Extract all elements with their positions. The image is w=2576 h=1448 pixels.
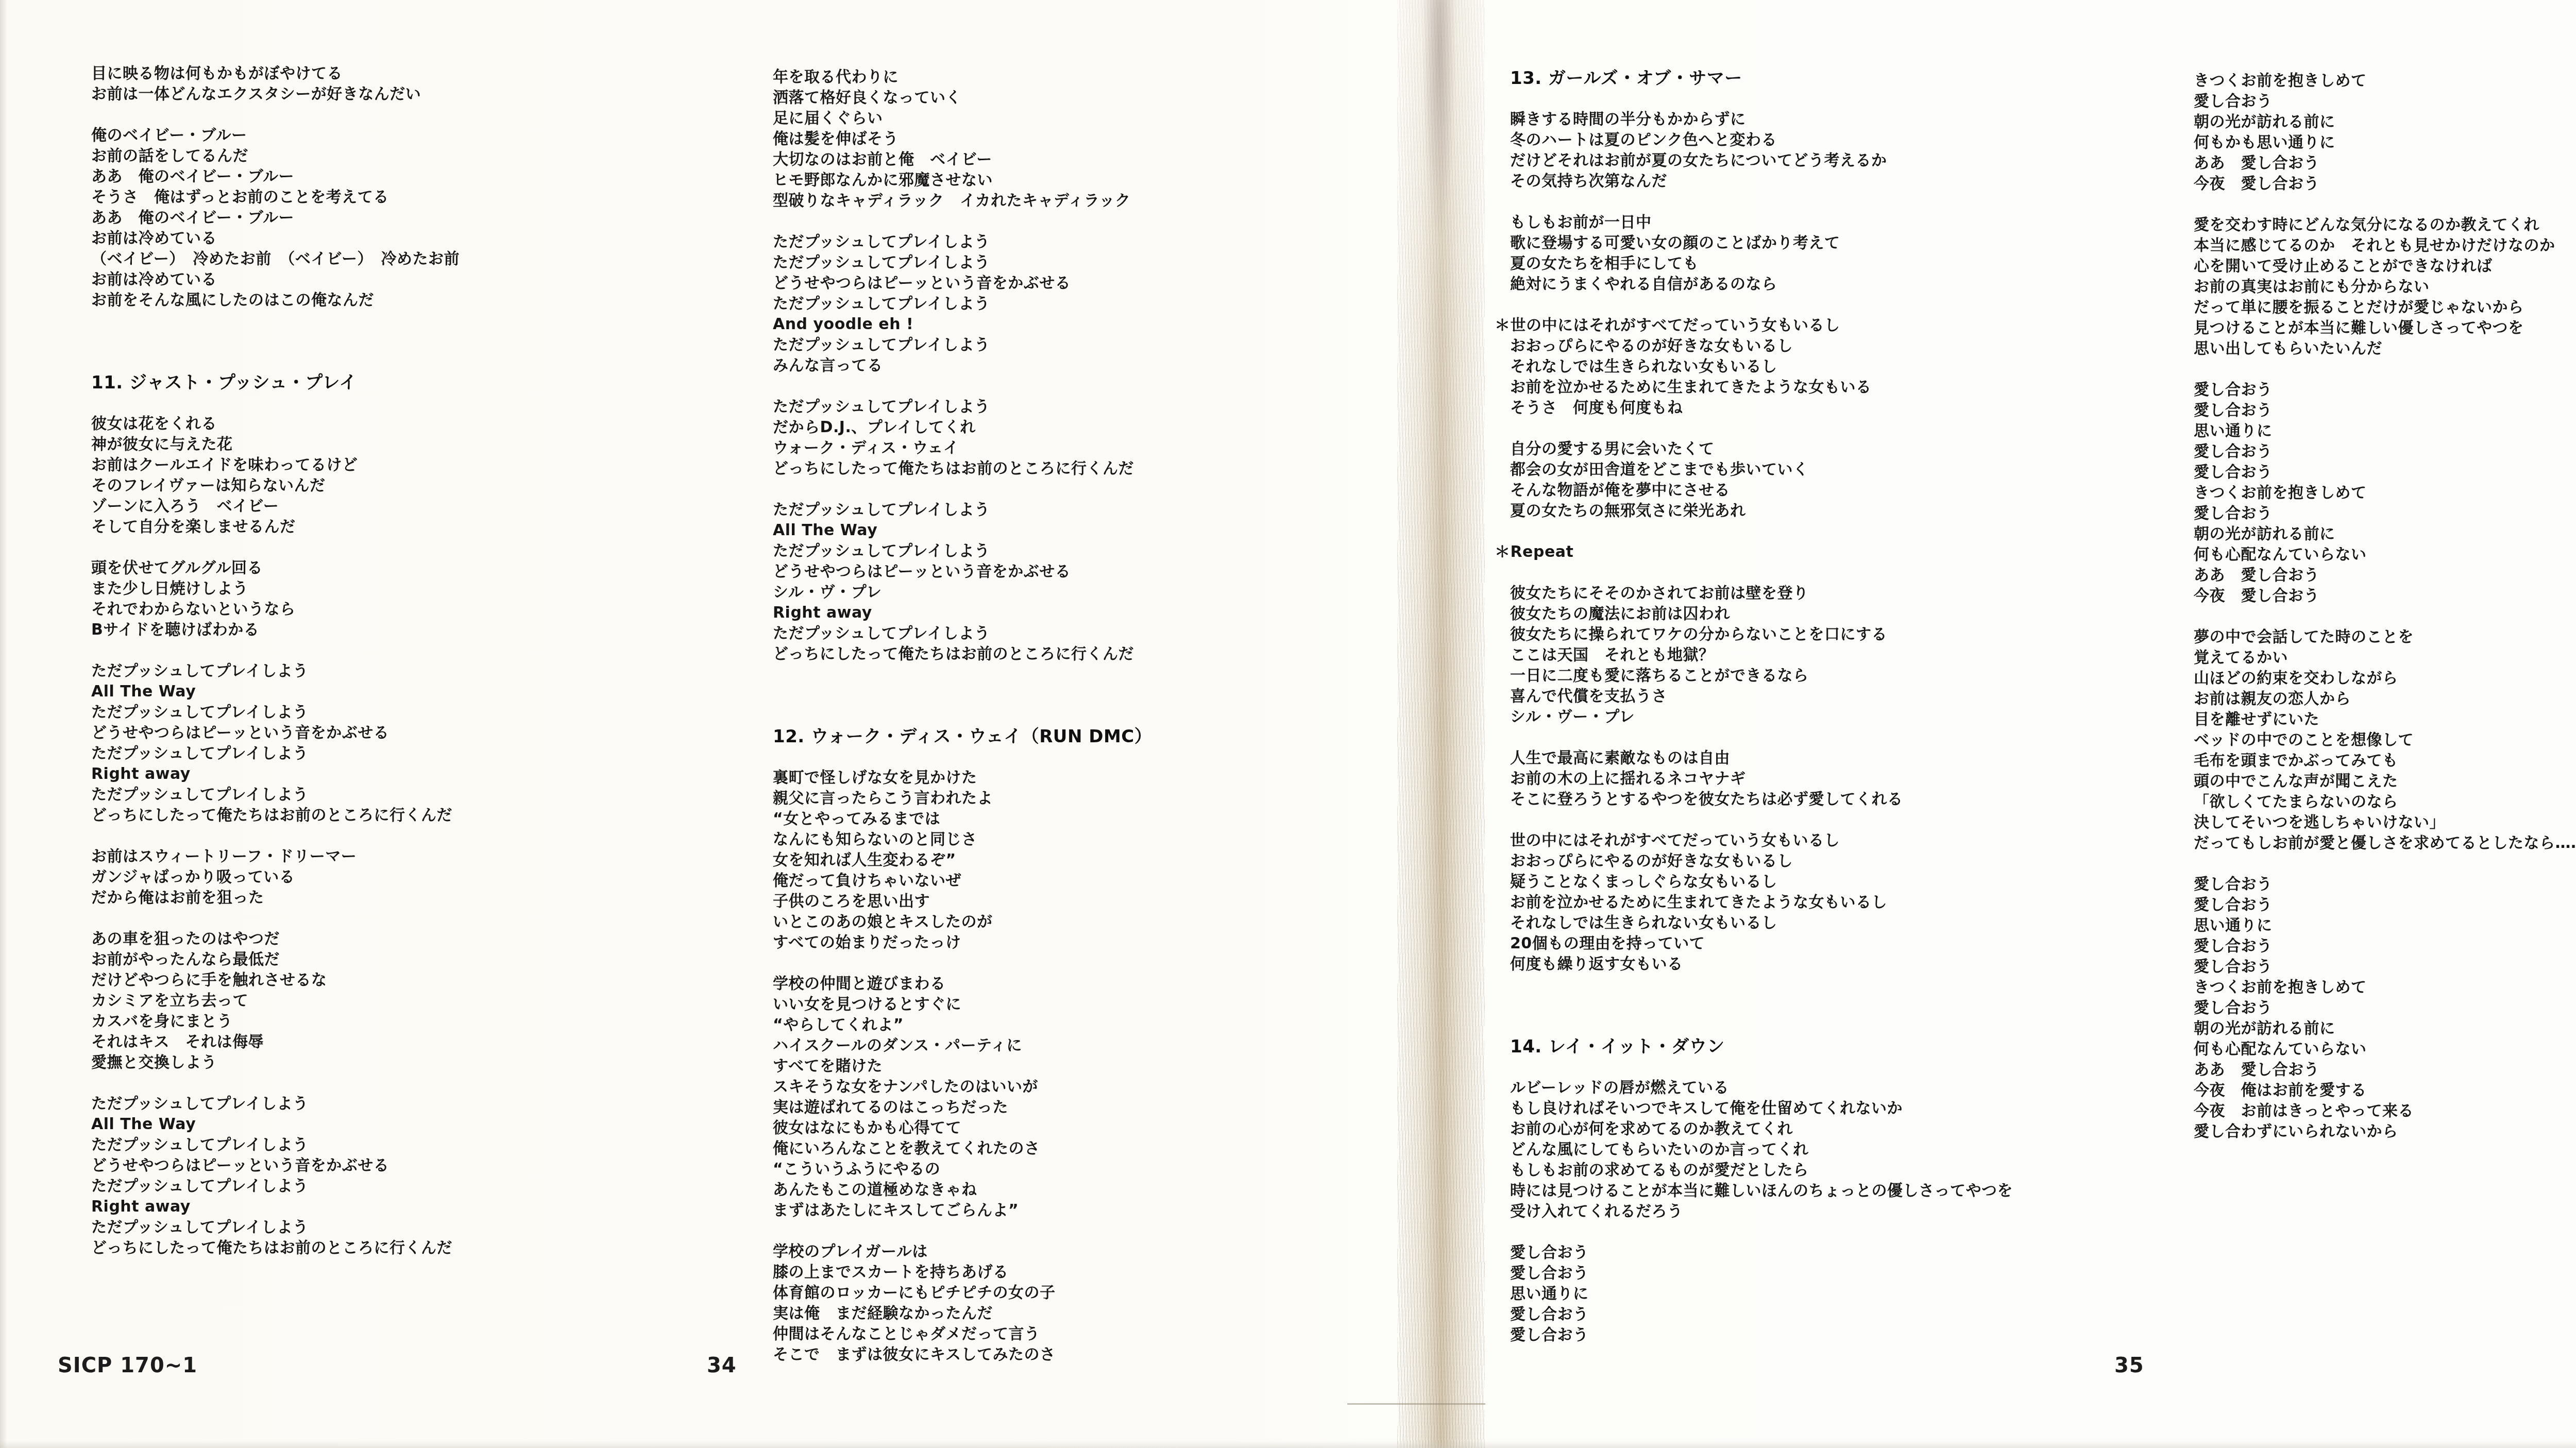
lyric-line: 朝の光が訪れる前に [2194, 112, 2576, 132]
lyric-line: どうせやつらはピーッという音をかぶせる [91, 723, 771, 743]
lyric-line: そして自分を楽しませるんだ [91, 517, 771, 537]
lyric-line: どうせやつらはピーッという音をかぶせる [773, 273, 1453, 294]
lyric-line: 思い通りに [2194, 915, 2576, 936]
lyric-line: ああ 愛し合おう [2194, 153, 2576, 174]
lyric-line: All The Way [773, 520, 1453, 541]
song-title-header: 12. ウォーク・ディス・ウェイ（RUN DMC） [773, 726, 1453, 747]
lyric-line: 20個もの理由を持っていて [1510, 933, 2190, 954]
lyric-line: シル・ヴ・プレ [773, 582, 1453, 603]
lyric-line: ただプッシュしてプレイしよう [773, 541, 1453, 561]
lyric-line: ただプッシュしてプレイしよう [773, 252, 1453, 273]
lyric-line: その気持ち次第なんだ [1510, 171, 2190, 192]
lyric-line: ただプッシュしてプレイしよう [773, 500, 1453, 520]
lyric-line: お前を泣かせるために生まれてきたような女もいる [1510, 377, 2190, 398]
lyric-line: 彼女は花をくれる [91, 414, 771, 434]
lyric-line: もしもお前の求めてるものが愛だとしたら [1510, 1160, 2190, 1181]
lyric-line: 彼女たちの魔法にお前は囚われ [1510, 604, 2190, 624]
lyric-line: ただプッシュしてプレイしよう [91, 785, 771, 805]
lyric-line: 何度も繰り返す女もいる [1510, 954, 2190, 975]
booklet-fold-gutter-shadow [1397, 0, 1485, 1448]
lyric-line: どっちにしたって俺たちはお前のところに行くんだ [773, 644, 1453, 665]
lyric-line: ルビーレッドの唇が燃えている [1510, 1078, 2190, 1098]
lyric-block: 愛し合おう愛し合おう思い通りに愛し合おう愛し合おうきつくお前を抱きしめて愛し合お… [2194, 380, 2576, 606]
lyric-line: 都会の女が田舎道をどこまでも歩いていく [1510, 459, 2190, 480]
lyric-line: どんな風にしてもらいたいのか言ってくれ [1510, 1139, 2190, 1160]
lyric-line: ハイスクールのダンス・パーティに [773, 1035, 1453, 1056]
lyric-line: ただプッシュしてプレイしよう [91, 1135, 771, 1155]
lyric-line: 彼女たちにそそのかされてお前は壁を登り [1510, 583, 2190, 604]
lyric-line: 疑うことなくまっしぐらな女もいるし [1510, 872, 2190, 892]
lyric-line: そこで まずは彼女にキスしてみたのさ [773, 1344, 1453, 1365]
lyric-line: また少し日焼けしよう [91, 578, 771, 599]
lyric-line: それなしでは生きられない女もいるし [1510, 913, 2190, 933]
lyrics-column-right-page-1: 13. ガールズ・オブ・サマー瞬きする時間の半分もかからずに冬のハートは夏のピン… [1510, 68, 2190, 1366]
lyric-line: みんな言ってる [773, 355, 1453, 376]
lyric-line: 夢の中で会話してた時のことを [2194, 627, 2576, 648]
lyric-line: ＊世の中にはそれがすべてだっていう女もいるし [1495, 315, 2190, 336]
lyric-line: ただプッシュしてプレイしよう [773, 232, 1453, 252]
song-title-header: 13. ガールズ・オブ・サマー [1510, 68, 2190, 89]
booklet-spread: 目に映る物は何もかもがぼやけてるお前は一体どんなエクスタシーが好きなんだい俺のベ… [0, 0, 2576, 1448]
lyric-line: だからD.J.、プレイしてくれ [773, 417, 1453, 438]
lyric-line: 愛し合おう [1510, 1304, 2190, 1325]
lyric-line: ただプッシュしてプレイしよう [91, 702, 771, 723]
lyric-line: だけどそれはお前が夏の女たちについてどう考えるか [1510, 150, 2190, 171]
lyric-line: どうせやつらはピーッという音をかぶせる [773, 561, 1453, 582]
lyric-line: 愛を交わす時にどんな気分になるのか教えてくれ [2194, 215, 2576, 235]
lyric-line: ウォーク・ディス・ウェイ [773, 438, 1453, 458]
lyric-block: お前はスウィートリーフ・ドリーマーガンジャばっかり吸っているだから俺はお前を狙っ… [91, 846, 771, 908]
lyric-block: ただプッシュしてプレイしようだからD.J.、プレイしてくれウォーク・ディス・ウェ… [773, 397, 1453, 479]
scan-bottom-shadow [0, 1441, 2576, 1448]
lyric-line: 自分の愛する男に会いたくて [1510, 439, 2190, 459]
lyric-line: そうさ 俺はずっとお前のことを考えてる [91, 187, 771, 208]
lyric-block: 瞬きする時間の半分もかからずに冬のハートは夏のピンク色へと変わるだけどそれはお前… [1510, 109, 2190, 192]
lyric-line: 俺にいろんなことを教えてくれたのさ [773, 1138, 1453, 1159]
lyric-line: 愛し合おう [2194, 380, 2576, 400]
lyric-line: 愛し合おう [1510, 1325, 2190, 1345]
lyric-block: ただプッシュしてプレイしようAll The Wayただプッシュしてプレイしようど… [91, 1094, 771, 1258]
lyric-line: “やらしてくれよ” [773, 1015, 1453, 1035]
lyric-line: 心を開いて受け止めることができなければ [2194, 256, 2576, 277]
lyric-line: 愛し合おう [2194, 874, 2576, 895]
lyric-line: お前を泣かせるために生まれてきたような女もいるし [1510, 892, 2190, 913]
page-bottom-edge-line [1347, 1403, 1485, 1405]
lyric-block: 夢の中で会話してた時のことを覚えてるかい山ほどの約束を交わしながらお前は親友の恋… [2194, 627, 2576, 854]
lyric-line: どっちにしたって俺たちはお前のところに行くんだ [773, 458, 1453, 479]
lyric-line: 思い通りに [2194, 421, 2576, 441]
lyric-line: 何もかも思い通りに [2194, 132, 2576, 153]
lyric-block: ただプッシュしてプレイしようただプッシュしてプレイしようどうせやつらはピーッとい… [773, 232, 1453, 376]
lyric-block: 学校のプレイガールは膝の上までスカートを持ちあげる体育館のロッカーにもピチピチの… [773, 1241, 1453, 1365]
lyric-line: いい女を見つけるとすぐに [773, 994, 1453, 1015]
lyric-line: 今夜 俺はお前を愛する [2194, 1080, 2576, 1101]
lyric-line: 人生で最高に素敵なものは自由 [1510, 748, 2190, 769]
lyric-line: あの車を狙ったのはやつだ [91, 929, 771, 949]
lyric-line: 頭の中でこんな声が聞こえた [2194, 771, 2576, 792]
lyric-line: 思い出してもらいたいんだ [2194, 338, 2576, 359]
lyric-line: Bサイドを聴けばわかる [91, 620, 771, 640]
lyric-line: すべてを賭けた [773, 1056, 1453, 1077]
lyric-line: お前は一体どんなエクスタシーが好きなんだい [91, 84, 771, 105]
lyric-line: 見つけることが本当に難しい優しさってやつを [2194, 318, 2576, 338]
lyric-block: きつくお前を抱きしめて愛し合おう朝の光が訪れる前に何もかも思い通りにああ 愛し合… [2194, 71, 2576, 194]
lyric-line: 足に届くぐらい [773, 108, 1453, 129]
lyric-line: まずはあたしにキスしてごらんよ” [773, 1200, 1453, 1221]
lyric-line: カスバを身にまとう [91, 1011, 771, 1032]
lyric-line: そんな物語が俺を夢中にさせる [1510, 480, 2190, 501]
lyric-line: 絶対にうまくやれる自信があるのなら [1510, 274, 2190, 295]
lyric-line: おおっぴらにやるのが好きな女もいるし [1510, 336, 2190, 356]
lyric-line: 今夜 愛し合おう [2194, 174, 2576, 194]
lyric-line: 学校のプレイガールは [773, 1241, 1453, 1262]
page-number-right: 35 [2114, 1354, 2144, 1377]
lyric-block: ＊世の中にはそれがすべてだっていう女もいるしおおっぴらにやるのが好きな女もいるし… [1510, 315, 2190, 418]
lyric-line: 愛し合おう [2194, 936, 2576, 957]
lyric-line: お前の話をしてるんだ [91, 146, 771, 166]
lyric-block: 俺のベイビー・ブルーお前の話をしてるんだああ 俺のベイビー・ブルーそうさ 俺はず… [91, 125, 771, 311]
lyric-line: 朝の光が訪れる前に [2194, 1018, 2576, 1039]
lyric-line: 実は俺 まだ経験なかったんだ [773, 1303, 1453, 1324]
lyric-line: 女を知れば人生変わるぞ” [773, 850, 1453, 871]
lyric-block: 彼女たちにそそのかされてお前は壁を登り彼女たちの魔法にお前は囚われ彼女たちに操ら… [1510, 583, 2190, 727]
lyric-line: 朝の光が訪れる前に [2194, 524, 2576, 544]
lyric-line: ただプッシュしてプレイしよう [91, 1176, 771, 1197]
lyric-line: お前の心が何を求めてるのか教えてくれ [1510, 1119, 2190, 1139]
lyric-line: 愛し合おう [2194, 957, 2576, 977]
lyric-line: ただプッシュしてプレイしよう [91, 1217, 771, 1238]
lyric-line: 「欲しくてたまらないのなら [2194, 792, 2576, 812]
lyric-line: 目を離せずにいた [2194, 709, 2576, 730]
lyric-line: 体育館のロッカーにもピチピチの女の子 [773, 1283, 1453, 1303]
lyric-line: 何も心配なんていらない [2194, 1039, 2576, 1060]
lyric-block: 頭を伏せてグルグル回るまた少し日焼けしようそれでわからないというならBサイドを聴… [91, 558, 771, 640]
lyric-block: 愛を交わす時にどんな気分になるのか教えてくれ本当に感じてるのか それとも見せかけ… [2194, 215, 2576, 359]
lyric-line: きつくお前を抱きしめて [2194, 977, 2576, 998]
lyric-line: それはキス それは侮辱 [91, 1032, 771, 1052]
lyric-line: ただプッシュしてプレイしよう [91, 743, 771, 764]
lyric-line: なんにも知らないのと同じさ [773, 829, 1453, 850]
lyric-line: All The Way [91, 1114, 771, 1135]
lyric-line: 愛し合おう [1510, 1263, 2190, 1284]
lyric-line: 愛し合わずにいられないから [2194, 1121, 2576, 1142]
lyric-block: 世の中にはそれがすべてだっていう女もいるしおおっぴらにやるのが好きな女もいるし疑… [1510, 830, 2190, 975]
lyric-line: もしもお前が一日中 [1510, 212, 2190, 233]
lyric-line: お前は冷めている [91, 269, 771, 290]
lyric-block: 彼女は花をくれる神が彼女に与えた花お前はクールエイドを味わってるけどそのフレイヴ… [91, 414, 771, 537]
lyric-line: シル・ヴー・プレ [1510, 707, 2190, 727]
lyric-block: もしもお前が一日中歌に登場する可愛い女の顔のことばかり考えて夏の女たちを相手にし… [1510, 212, 2190, 295]
lyric-line: おおっぴらにやるのが好きな女もいるし [1510, 851, 2190, 872]
lyric-line: ああ 俺のベイビー・ブルー [91, 208, 771, 228]
lyric-line: Right away [91, 764, 771, 785]
lyrics-column-left-page-1: 目に映る物は何もかもがぼやけてるお前は一体どんなエクスタシーが好きなんだい俺のベ… [91, 63, 771, 1279]
lyric-line: カシミアを立ち去って [91, 991, 771, 1011]
lyric-block: 目に映る物は何もかもがぼやけてるお前は一体どんなエクスタシーが好きなんだい [91, 63, 771, 105]
lyric-line: 彼女たちに操られてワケの分からないことを口にする [1510, 624, 2190, 645]
lyric-line: きつくお前を抱きしめて [2194, 483, 2576, 503]
lyric-line: 世の中にはそれがすべてだっていう女もいるし [1510, 830, 2190, 851]
lyric-line: 俺は髪を伸ばそう [773, 129, 1453, 149]
lyric-line: 瞬きする時間の半分もかからずに [1510, 109, 2190, 130]
lyric-line: どっちにしたって俺たちはお前のところに行くんだ [91, 805, 771, 826]
lyric-line: 愛し合おう [2194, 462, 2576, 483]
lyric-block: 年を取る代わりに洒落て格好良くなっていく足に届くぐらい俺は髪を伸ばそう大切なのは… [773, 67, 1453, 211]
lyric-block: ただプッシュしてプレイしようAll The Wayただプッシュしてプレイしようど… [91, 661, 771, 826]
lyric-line: だってもしお前が愛と優しさを求めてるとしたなら…… [2194, 833, 2576, 854]
lyric-line: 裏町で怪しげな女を見かけた [773, 768, 1453, 788]
lyric-line: お前はクールエイドを味わってるけど [91, 455, 771, 475]
lyric-block: 愛し合おう愛し合おう思い通りに愛し合おう愛し合おう [1510, 1242, 2190, 1345]
lyric-block: 学校の仲間と遊びまわるいい女を見つけるとすぐに“やらしてくれよ”ハイスクールのダ… [773, 974, 1453, 1221]
lyric-line: Right away [91, 1197, 771, 1217]
lyric-block: 愛し合おう愛し合おう思い通りに愛し合おう愛し合おうきつくお前を抱きしめて愛し合お… [2194, 874, 2576, 1142]
lyric-line: 山ほどの約束を交わしながら [2194, 668, 2576, 689]
lyric-line: 今夜 お前はきっとやって来る [2194, 1101, 2576, 1121]
catalog-number-left: SICP 170~1 [58, 1354, 197, 1377]
lyric-line: だけどやつらに手を触れさせるな [91, 970, 771, 991]
lyric-line: お前はスウィートリーフ・ドリーマー [91, 846, 771, 867]
lyric-line: ヒモ野郎なんかに邪魔させない [773, 170, 1453, 191]
lyric-line: 愛し合おう [2194, 441, 2576, 462]
lyric-line: 子供のころを思い出す [773, 891, 1453, 912]
lyric-line: 年を取る代わりに [773, 67, 1453, 88]
lyric-line: 親父に言ったらこう言われたよ [773, 788, 1453, 809]
lyric-line: ただプッシュしてプレイしよう [91, 661, 771, 682]
lyric-block: 自分の愛する男に会いたくて都会の女が田舎道をどこまでも歩いていくそんな物語が俺を… [1510, 439, 2190, 521]
lyric-line: “女とやってみるまでは [773, 809, 1453, 829]
lyric-line: 毛布を頭までかぶってみても [2194, 751, 2576, 771]
lyric-line: 夏の女たちを相手にしても [1510, 253, 2190, 274]
lyric-line: お前をそんな風にしたのはこの俺なんだ [91, 290, 771, 311]
lyric-line: 愛し合おう [2194, 91, 2576, 112]
lyric-line: ただプッシュしてプレイしよう [773, 623, 1453, 644]
lyric-line: 仲間はそんなことじゃダメだって言う [773, 1324, 1453, 1344]
lyric-line: 本当に感じてるのか それとも見せかけだけなのか [2194, 235, 2576, 256]
lyric-line: Right away [773, 603, 1453, 623]
lyric-line: ガンジャばっかり吸っている [91, 867, 771, 888]
lyric-line: お前がやったんなら最低だ [91, 949, 771, 970]
lyric-line: ただプッシュしてプレイしよう [91, 1094, 771, 1114]
lyric-block: ルビーレッドの唇が燃えているもし良ければそいつでキスして俺を仕留めてくれないかお… [1510, 1078, 2190, 1222]
lyric-line: 喜んで代償を支払うさ [1510, 686, 2190, 707]
lyric-line: 覚えてるかい [2194, 648, 2576, 668]
lyric-line: 実は遊ばれてるのはこっちだった [773, 1097, 1453, 1118]
lyric-line: お前の真実はお前にも分からない [2194, 277, 2576, 297]
lyric-line: 膝の上までスカートを持ちあげる [773, 1262, 1453, 1283]
lyric-line: 何も心配なんていらない [2194, 544, 2576, 565]
lyric-line: 愛し合おう [2194, 998, 2576, 1018]
lyric-line: ああ 愛し合おう [2194, 1060, 2576, 1080]
lyric-line: 彼女はなにもかも心得てて [773, 1118, 1453, 1138]
lyric-line: それでわからないというなら [91, 599, 771, 620]
lyric-line: すべての始まりだったっけ [773, 932, 1453, 953]
lyric-line: 型破りなキャディラック イカれたキャディラック [773, 191, 1453, 211]
lyric-line: だって単に腰を振ることだけが愛じゃないから [2194, 297, 2576, 318]
lyric-block: 裏町で怪しげな女を見かけた親父に言ったらこう言われたよ“女とやってみるまではなん… [773, 768, 1453, 953]
lyric-line: （ベイビー） 冷めたお前 （ベイビー） 冷めたお前 [91, 249, 771, 269]
lyric-line: 一日に二度も愛に落ちることができるなら [1510, 666, 2190, 686]
lyric-line: 俺のベイビー・ブルー [91, 125, 771, 146]
lyric-line: 時には見つけることが本当に難しいほんのちょっとの優しさってやつを [1510, 1181, 2190, 1201]
lyric-line: ＊Repeat [1495, 542, 2190, 563]
lyric-line: そこに登ろうとするやつを彼女たちは必ず愛してくれる [1510, 789, 2190, 810]
lyric-line: スキそうな女をナンパしたのはいいが [773, 1077, 1453, 1097]
lyric-line: 受け入れてくれるだろう [1510, 1201, 2190, 1222]
lyric-line: 歌に登場する可愛い女の顔のことばかり考えて [1510, 233, 2190, 253]
song-title-header: 11. ジャスト・プッシュ・プレイ [91, 372, 771, 393]
lyric-line: どうせやつらはピーッという音をかぶせる [91, 1155, 771, 1176]
lyric-line: 愛撫と交換しよう [91, 1052, 771, 1073]
lyric-block: あの車を狙ったのはやつだお前がやったんなら最低だだけどやつらに手を触れさせるなカ… [91, 929, 771, 1073]
lyric-line: そうさ 何度も何度もね [1510, 398, 2190, 418]
lyric-line: 今夜 愛し合おう [2194, 586, 2576, 606]
lyric-line: 俺だって負けちゃいないぜ [773, 871, 1453, 891]
lyric-line: ああ 俺のベイビー・ブルー [91, 166, 771, 187]
lyric-line: 夏の女たちの無邪気さに栄光あれ [1510, 501, 2190, 521]
lyric-line: そのフレイヴァーは知らないんだ [91, 475, 771, 496]
lyric-line: 目に映る物は何もかもがぼやけてる [91, 63, 771, 84]
song-title-header: 14. レイ・イット・ダウン [1510, 1036, 2190, 1057]
lyric-line: 神が彼女に与えた花 [91, 434, 771, 455]
page-number-left: 34 [707, 1354, 737, 1377]
gutter-top-smudge [1422, 0, 1456, 242]
lyric-line: 思い通りに [1510, 1284, 2190, 1304]
lyric-line: 洒落て格好良くなっていく [773, 88, 1453, 108]
lyric-line: 愛し合おう [2194, 503, 2576, 524]
lyric-line: 頭を伏せてグルグル回る [91, 558, 771, 578]
lyric-line: お前は親友の恋人から [2194, 689, 2576, 709]
lyric-block: 人生で最高に素敵なものは自由お前の木の上に揺れるネコヤナギそこに登ろうとするやつ… [1510, 748, 2190, 810]
lyric-line: 決してそいつを逃しちゃいけない」 [2194, 812, 2576, 833]
lyric-line: それなしでは生きられない女もいるし [1510, 356, 2190, 377]
lyric-block: ただプッシュしてプレイしようAll The Wayただプッシュしてプレイしようど… [773, 500, 1453, 665]
lyric-line: ゾーンに入ろう ベイビー [91, 496, 771, 517]
lyric-line: 冬のハートは夏のピンク色へと変わる [1510, 130, 2190, 150]
lyric-line: 学校の仲間と遊びまわる [773, 974, 1453, 994]
lyric-line: どっちにしたって俺たちはお前のところに行くんだ [91, 1238, 771, 1258]
lyrics-column-right-page-2: きつくお前を抱きしめて愛し合おう朝の光が訪れる前に何もかも思い通りにああ 愛し合… [2194, 71, 2576, 1163]
lyric-line: ここは天国 それとも地獄？ [1510, 645, 2190, 666]
lyric-line: あんたもこの道極めなきゃね [773, 1180, 1453, 1200]
lyric-line: 愛し合おう [2194, 400, 2576, 421]
lyric-line: きつくお前を抱きしめて [2194, 71, 2576, 91]
lyric-line: お前の木の上に揺れるネコヤナギ [1510, 769, 2190, 789]
page-left-edge-shadow [0, 0, 7, 1448]
lyric-line: ただプッシュしてプレイしよう [773, 335, 1453, 355]
lyrics-column-left-page-2: 年を取る代わりに洒落て格好良くなっていく足に届くぐらい俺は髪を伸ばそう大切なのは… [773, 67, 1453, 1386]
lyric-line: ただプッシュしてプレイしよう [773, 294, 1453, 314]
lyric-line: And yoodle eh ! [773, 314, 1453, 335]
lyric-line: All The Way [91, 682, 771, 702]
lyric-line: 愛し合おう [2194, 895, 2576, 915]
lyric-line: ベッドの中でのことを想像して [2194, 730, 2576, 751]
lyric-line: 愛し合おう [1510, 1242, 2190, 1263]
lyric-line: ああ 愛し合おう [2194, 565, 2576, 586]
lyric-line: もし良ければそいつでキスして俺を仕留めてくれないか [1510, 1098, 2190, 1119]
lyric-line: “こういうふうにやるの [773, 1159, 1453, 1180]
lyric-line: いとこのあの娘とキスしたのが [773, 912, 1453, 932]
lyric-line: ただプッシュしてプレイしよう [773, 397, 1453, 417]
lyric-line: お前は冷めている [91, 228, 771, 249]
lyric-block: ＊Repeat [1510, 542, 2190, 563]
lyric-line: 大切なのはお前と俺 ベイビー [773, 149, 1453, 170]
lyric-line: だから俺はお前を狙った [91, 888, 771, 908]
